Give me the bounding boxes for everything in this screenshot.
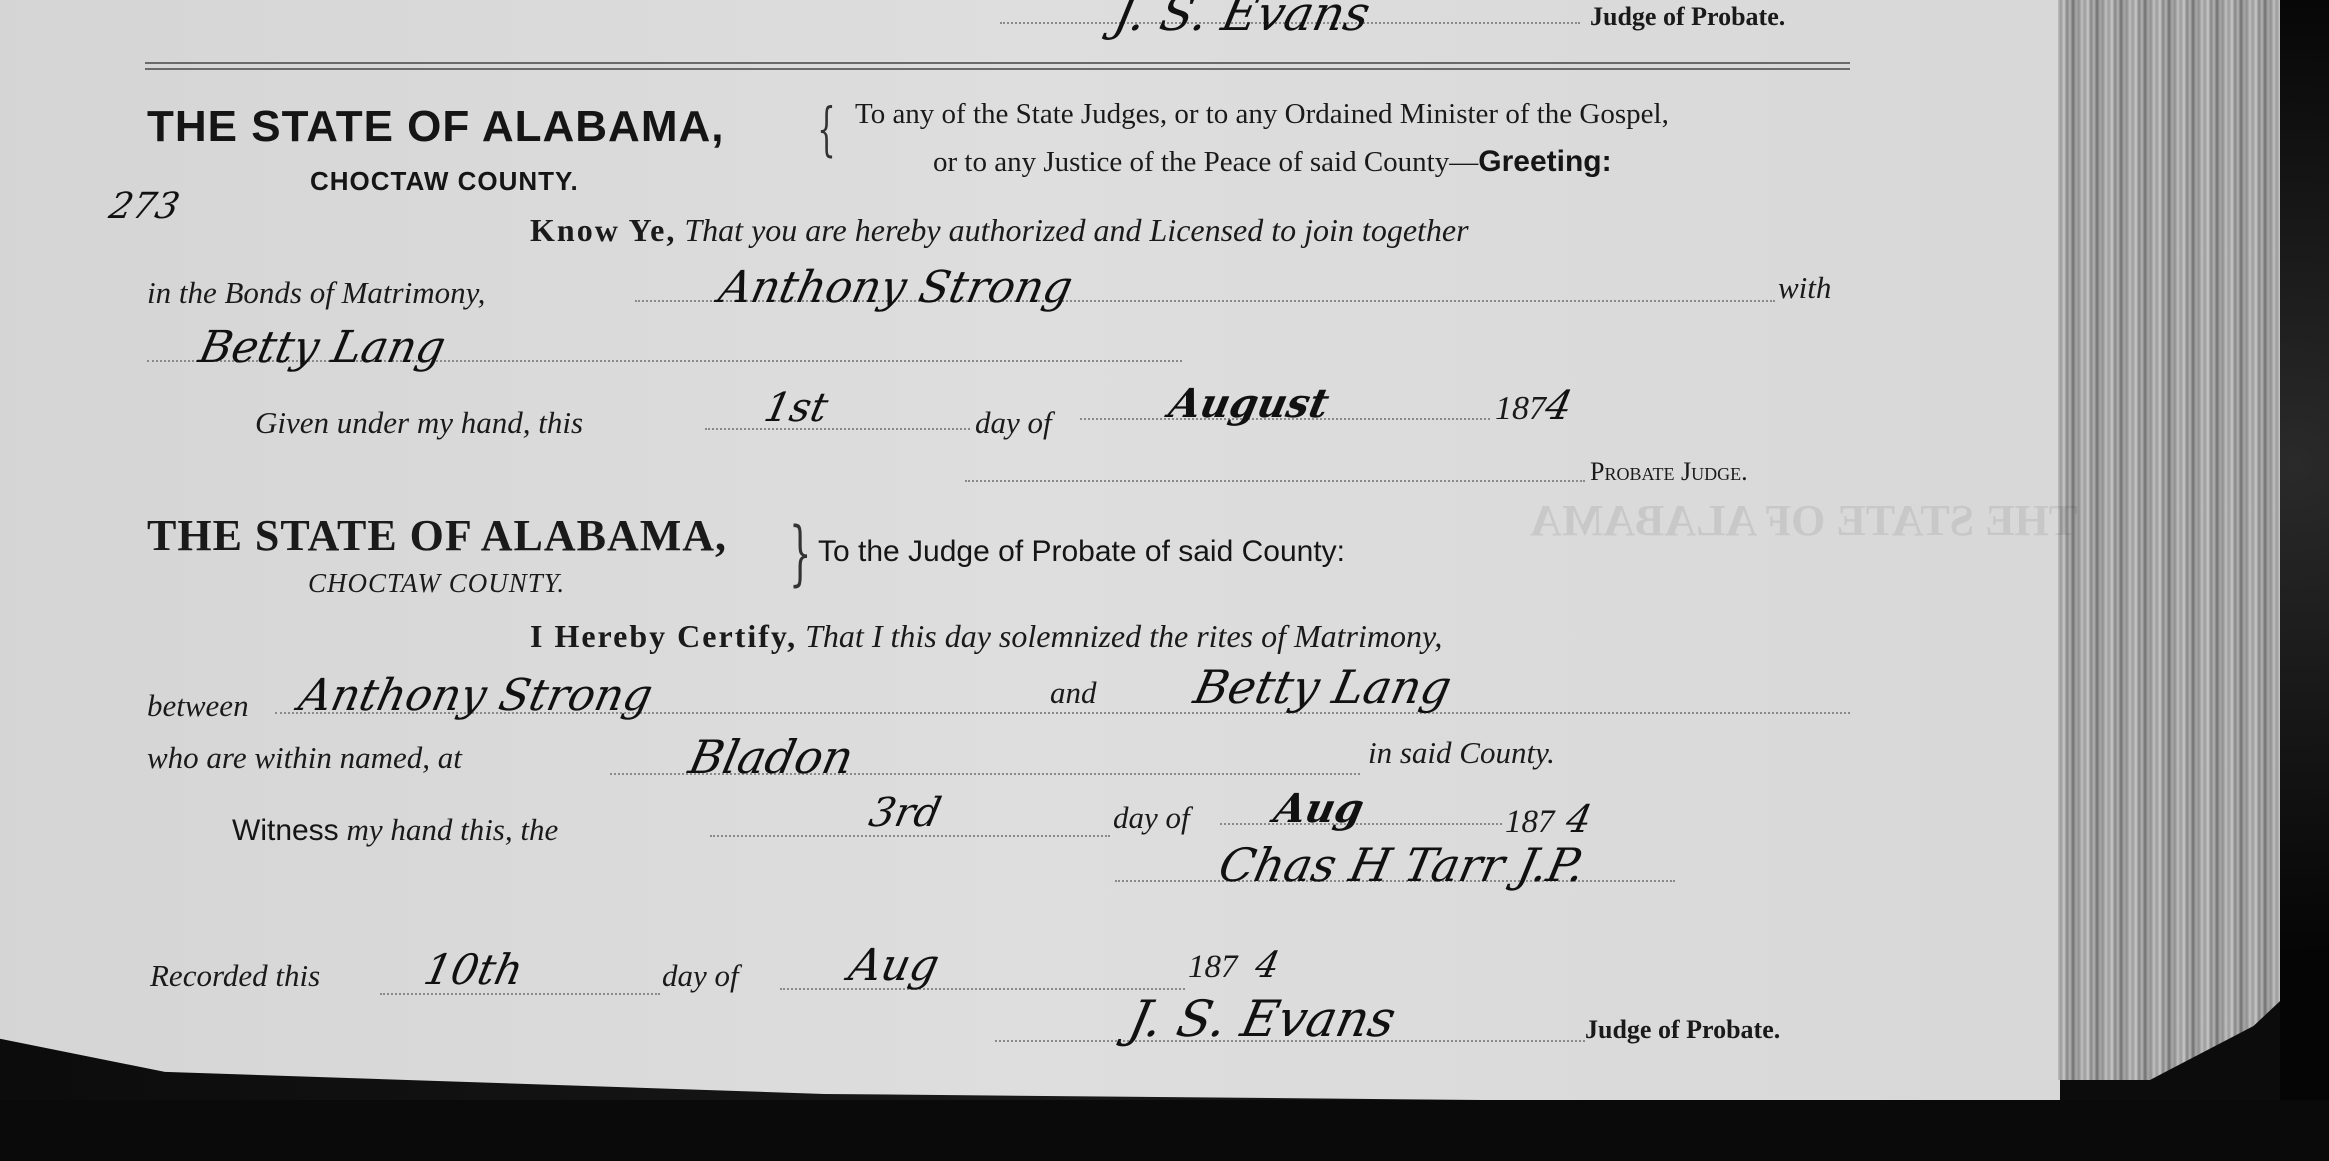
license-state-heading: THE STATE OF ALABAMA, [147, 102, 724, 152]
probate-judge-signature-field[interactable] [965, 480, 1585, 482]
prev-judge-label: Judge of Probate. [1590, 2, 1785, 32]
given-day-field[interactable] [705, 428, 970, 430]
greeting: Greeting: [1478, 145, 1611, 178]
certificate-state-heading: THE STATE OF ALABAMA, [147, 510, 727, 561]
officiant-signature: Chas H Tarr J.P. [1214, 838, 1590, 892]
and-label: and [1050, 675, 1097, 711]
witness-month-field[interactable] [1220, 823, 1502, 825]
recorded-day: 10th [420, 945, 528, 994]
license-bride-name: Betty Lang [195, 322, 450, 373]
entry-number: 273 [106, 186, 183, 227]
given-label: Given under my hand, this [255, 405, 583, 441]
authorization-line: Know Ye, That you are hereby authorized … [530, 212, 1469, 249]
brace-icon: { [817, 100, 835, 158]
certificate-bride-name: Betty Lang [1189, 660, 1456, 714]
day-of-label: day of [975, 405, 1052, 441]
witness-line: Witness my hand this, the [232, 812, 558, 848]
brace-icon: } [789, 518, 811, 588]
day-of-label: day of [1113, 800, 1190, 836]
section-divider [145, 62, 1850, 64]
license-address-line1: To any of the State Judges, or to any Or… [855, 98, 1669, 131]
certificate-county: CHOCTAW COUNTY. [308, 568, 565, 599]
recorded-month-field[interactable] [780, 988, 1185, 990]
recorded-year: 1874 [1188, 945, 1278, 986]
bonds-label: in the Bonds of Matrimony, [147, 275, 485, 311]
probate-judge-label: Probate Judge. [1590, 457, 1748, 487]
license-given-month: August [1165, 380, 1333, 427]
recorded-label: Recorded this [150, 958, 320, 994]
book-page-edges [2058, 0, 2288, 1080]
between-label: between [147, 688, 249, 724]
certificate-groom-name: Anthony Strong [295, 670, 657, 721]
in-said-county: in said County. [1368, 735, 1555, 771]
bleed-through-text: THE STATE OF ALABAMA [1530, 495, 2078, 546]
certificate-witness-day: 3rd [865, 790, 945, 836]
license-groom-name: Anthony Strong [715, 262, 1077, 313]
scan-background [0, 1100, 2329, 1161]
recorded-month: Aug [845, 940, 944, 991]
day-of-label: day of [662, 958, 739, 994]
license-county: CHOCTAW COUNTY. [310, 166, 579, 197]
book-cover-shadow [2280, 0, 2329, 1161]
certificate-year: 1874 [1505, 797, 1591, 841]
certificate-witness-month: Aug [1270, 785, 1368, 832]
certify-line: I Hereby Certify, That I this day solemn… [530, 618, 1442, 655]
recording-judge-label: Judge of Probate. [1585, 1015, 1780, 1045]
certificate-place: Bladon [684, 730, 858, 784]
with-label: with [1778, 270, 1831, 306]
within-named-label: who are within named, at [147, 740, 462, 776]
license-given-day: 1st [760, 385, 832, 431]
certificate-address: To the Judge of Probate of said County: [818, 535, 1345, 569]
license-address-line2: or to any Justice of the Peace of said C… [933, 145, 1612, 179]
recording-judge-signature: J. S. Evans [1124, 990, 1401, 1048]
prev-judge-signature: J. S. Evans [1109, 0, 1375, 42]
license-year: 1874 [1495, 383, 1571, 429]
